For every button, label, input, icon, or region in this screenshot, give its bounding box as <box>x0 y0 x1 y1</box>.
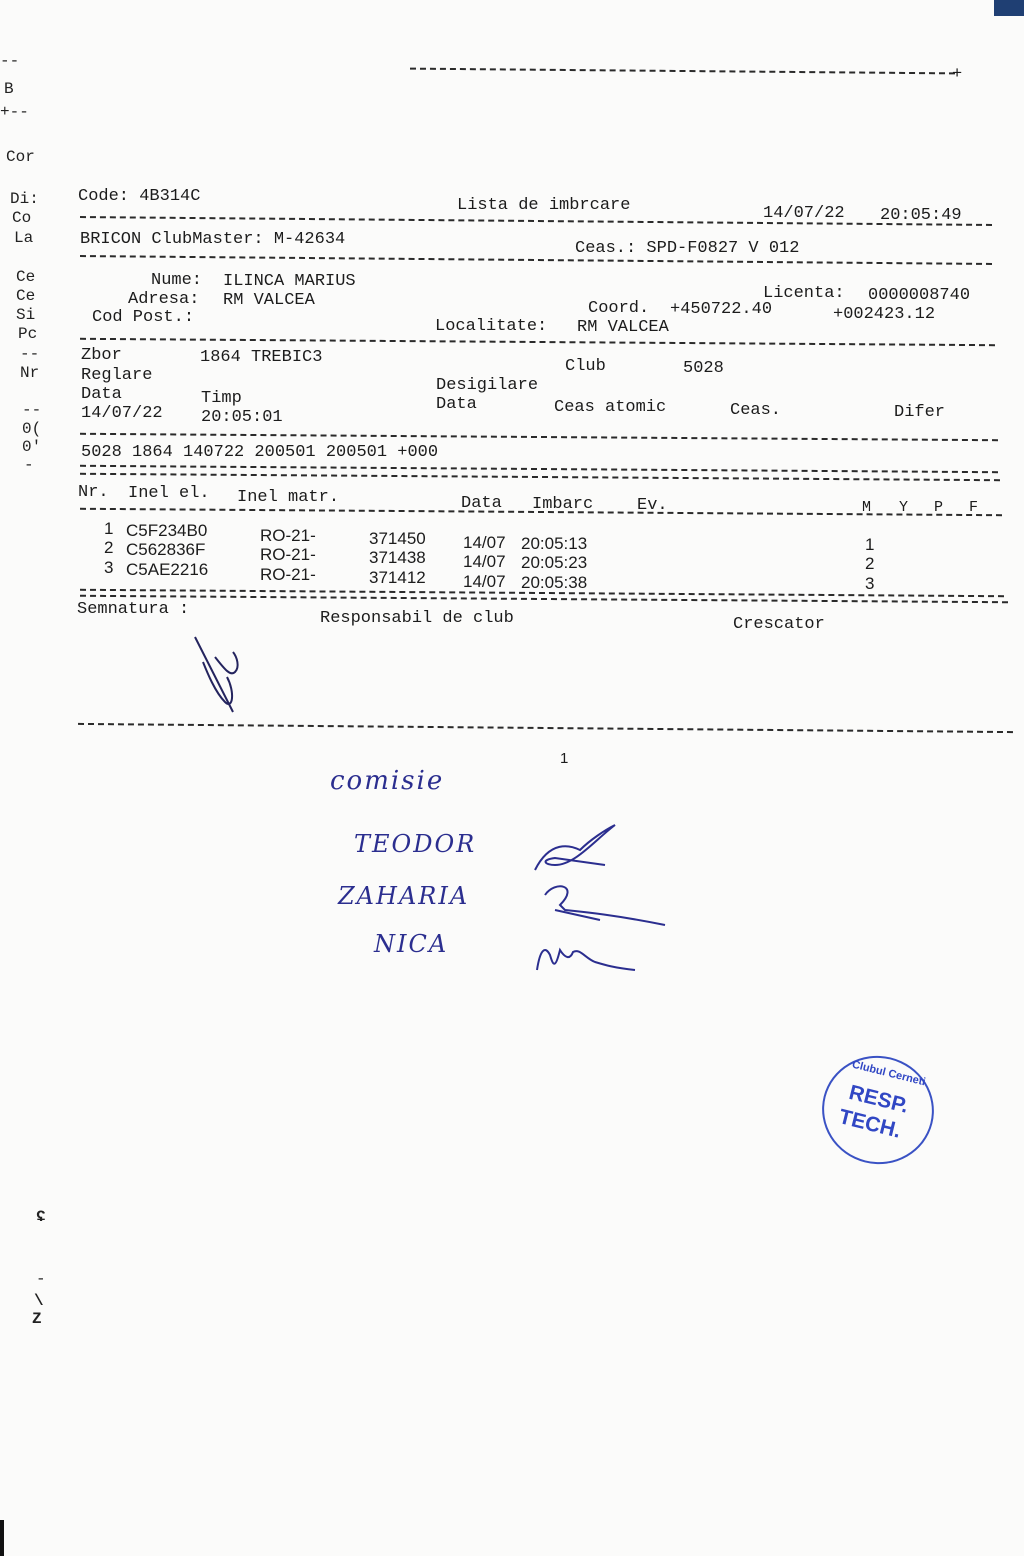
underlying-page-fragment: Ce <box>16 287 35 305</box>
member-signatures <box>525 820 685 990</box>
underlying-page-fragment: Di: <box>10 190 39 208</box>
separator <box>80 255 992 265</box>
underlying-page-fragment: Si <box>16 306 35 324</box>
folder-corner <box>994 0 1024 16</box>
club-responsible-label: Responsabil de club <box>320 610 514 628</box>
separator-plus: + <box>952 66 962 84</box>
row-nr: 3 <box>104 559 113 577</box>
handwritten-member: NICA <box>374 930 448 958</box>
reglare-date: 14/07/22 <box>81 405 163 423</box>
top-separator <box>410 68 955 75</box>
row-date: 14/07 <box>463 573 506 591</box>
row-nr: 2 <box>104 539 113 557</box>
club-stamp: Clubul Cerneti RESP. TECH. <box>811 1044 946 1176</box>
row-m: 3 <box>865 575 874 593</box>
coord-lon: +002423.12 <box>833 306 935 324</box>
handwritten-member: TEODOR <box>354 830 476 858</box>
underlying-page-fragment: ʢ <box>36 1208 46 1226</box>
license-label: Licenta: <box>763 285 845 303</box>
address-label: Adresa: <box>128 291 199 309</box>
reglare-label: Reglare <box>81 367 152 385</box>
underlying-page-fragment: Co <box>12 209 31 227</box>
difer-label: Difer <box>894 404 945 422</box>
row-prefix: RO-21- <box>260 566 316 584</box>
document-title: Lista de imbrcare <box>457 197 630 215</box>
code-label: Code: 4B314C <box>78 188 200 206</box>
row-time: 20:05:38 <box>521 574 587 592</box>
underlying-page-fragment: Nr <box>20 364 39 382</box>
reglare-time: 20:05:01 <box>201 409 283 427</box>
underlying-page-fragment: -- <box>22 401 41 419</box>
postal-label: Cod Post.: <box>92 309 194 327</box>
owner-address: RM VALCEA <box>223 292 315 310</box>
header-date: 14/07/22 <box>763 205 845 223</box>
flight-summary-line: 5028 1864 140722 200501 200501 +000 <box>81 444 438 462</box>
coord-lat: +450722.40 <box>670 301 772 319</box>
row-inel-el: C5AE2216 <box>126 561 208 579</box>
row-time: 20:05:23 <box>521 554 587 572</box>
name-label: Nume: <box>151 272 202 290</box>
separator <box>80 433 998 441</box>
row-prefix: RO-21- <box>260 546 316 564</box>
row-inel-el: C5F234B0 <box>126 522 207 540</box>
ceas-atomic-label: Ceas atomic <box>554 399 666 417</box>
row-m: 2 <box>865 555 874 573</box>
row-matr: 371450 <box>369 530 426 548</box>
col-inel-matr: Inel matr. <box>237 489 339 507</box>
club-label: Club <box>565 358 606 376</box>
locality-label: Localitate: <box>435 318 547 336</box>
row-prefix: RO-21- <box>260 527 316 545</box>
breeder-label: Crescator <box>733 616 825 634</box>
underlying-page-fragment: 0( <box>22 420 41 438</box>
desigilare-data-label: Data <box>436 396 477 414</box>
ceas-label: Ceas. <box>730 402 781 420</box>
separator <box>80 216 992 226</box>
underlying-page-fragment: - <box>36 1270 46 1288</box>
signature-label: Semnatura : <box>77 601 189 619</box>
underlying-page-fragment: +-- <box>0 103 29 121</box>
clock-id: Ceas.: SPD-F0827 V 012 <box>575 240 799 258</box>
zbor-label: Zbor <box>81 347 122 365</box>
club-value: 5028 <box>683 360 724 378</box>
row-nr: 1 <box>104 520 113 538</box>
license-number: 0000008740 <box>868 287 970 305</box>
separator <box>78 723 1013 733</box>
underlying-page-fragment: Z <box>32 1310 42 1328</box>
col-inel-el: Inel el. <box>128 485 210 503</box>
desigilare-label: Desigilare <box>436 377 538 395</box>
underlying-page-fragment: -- <box>0 52 19 70</box>
row-m: 1 <box>865 536 874 554</box>
underlying-page-fragment: -- <box>20 345 39 363</box>
underlying-page-fragment: - <box>24 456 34 474</box>
underlying-page-fragment: Pc <box>18 325 37 343</box>
folder-corner-bottom <box>0 1520 4 1556</box>
zbor-value: 1864 TREBIC3 <box>200 349 322 367</box>
row-inel-el: C562836F <box>126 541 205 559</box>
underlying-page-fragment: 0' <box>22 438 41 456</box>
owner-name: ILINCA MARIUS <box>223 273 356 291</box>
row-time: 20:05:13 <box>521 535 587 553</box>
club-responsible-signature <box>185 632 255 722</box>
locality: RM VALCEA <box>577 319 669 337</box>
underlying-page-fragment: Ce <box>16 268 35 286</box>
underlying-page-fragment: B <box>4 80 14 98</box>
clubmaster-id: BRICON ClubMaster: M-42634 <box>80 231 345 249</box>
page-number: 1 <box>560 750 568 768</box>
row-date: 14/07 <box>463 553 506 571</box>
row-matr: 371412 <box>369 569 426 587</box>
separator <box>80 473 1000 481</box>
underlying-page-fragment: \ <box>34 1292 44 1310</box>
underlying-page-fragment: Cor <box>6 148 35 166</box>
handwritten-heading: comisie <box>330 766 444 796</box>
reglare-data-label: Data <box>81 386 122 404</box>
reglare-timp-label: Timp <box>201 390 242 408</box>
separator <box>80 465 998 473</box>
coord-label: Coord. <box>588 300 649 318</box>
handwritten-member: ZAHARIA <box>338 882 469 910</box>
row-matr: 371438 <box>369 549 426 567</box>
separator <box>80 338 995 346</box>
row-date: 14/07 <box>463 534 506 552</box>
col-nr: Nr. <box>78 484 109 502</box>
underlying-page-fragment: La <box>14 229 33 247</box>
